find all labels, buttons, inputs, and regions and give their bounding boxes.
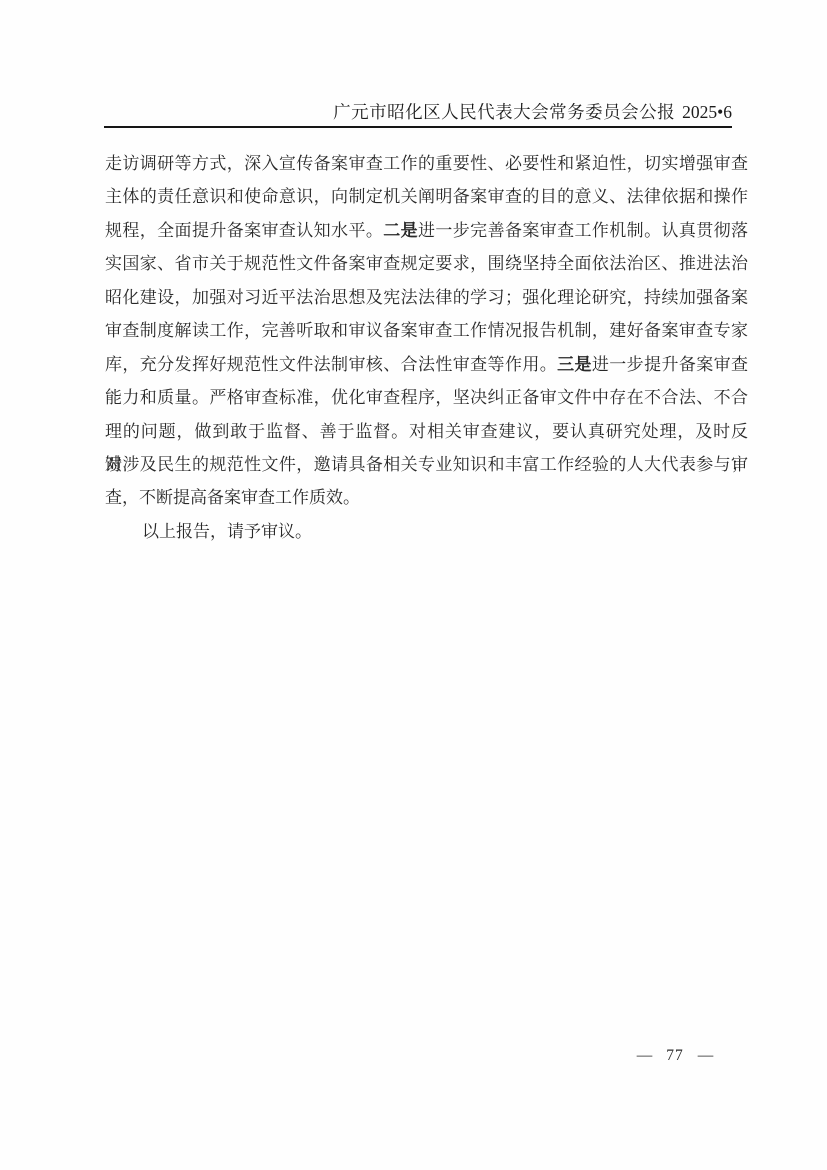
body-text-segment: 库，充分发挥好规范性文件法制审核、合法性审查等作用。 xyxy=(105,355,557,374)
body-text-segment: 能力和质量。严格审查标准，优化审查程序，坚决纠正备审文件中存在不合法、不合 xyxy=(105,388,748,407)
emphasis-text: 二是 xyxy=(383,221,418,240)
body-text-segment: 审查制度解读工作，完善听取和审议备案审查工作情况报告机制，建好备案审查专家 xyxy=(105,321,748,340)
body-text-segment: 昭化建设，加强对习近平法治思想及宪法法律的学习；强化理论研究，持续加强备案 xyxy=(105,288,748,307)
text-line: 规程，全面提升备案审查认知水平。二是进一步完善备案审查工作机制。认真贯彻落 xyxy=(105,214,748,247)
body-text-segment: 进一步提升备案审查 xyxy=(592,355,748,374)
text-line: 查，不断提高备案审查工作质效。 xyxy=(105,481,748,514)
text-line: 主体的责任意识和使命意识，向制定机关阐明备案审查的目的意义、法律依据和操作 xyxy=(105,180,748,213)
header-issue: 2025•6 xyxy=(682,102,732,122)
header-title: 广元市昭化区人民代表大会常务委员会公报 xyxy=(333,102,675,122)
header-rule xyxy=(104,126,732,128)
text-line: 走访调研等方式，深入宣传备案审查工作的重要性、必要性和紧迫性，切实增强审查 xyxy=(105,147,748,180)
folio-dash-right: — xyxy=(698,1047,714,1064)
folio-dash-left: — xyxy=(637,1047,653,1064)
emphasis-text: 三是 xyxy=(557,355,592,374)
page-number: 77 xyxy=(666,1047,684,1064)
body-text-segment: 查，不断提高备案审查工作质效。 xyxy=(105,488,360,507)
body-text-segment: 实国家、省市关于规范性文件备案审查规定要求，围绕坚持全面依法治区、推进法治 xyxy=(105,254,748,273)
page-footer: —77— xyxy=(605,1046,745,1066)
bulletin-page: 广元市昭化区人民代表大会常务委员会公报2025•6 走访调研等方式，深入宣传备案… xyxy=(0,0,827,1170)
text-line: 库，充分发挥好规范性文件法制审核、合法性审查等作用。三是进一步提升备案审查 xyxy=(105,348,748,381)
body-text: 走访调研等方式，深入宣传备案审查工作的重要性、必要性和紧迫性，切实增强审查主体的… xyxy=(105,147,748,548)
body-text-segment: 进一步完善备案审查工作机制。认真贯彻落 xyxy=(418,221,748,240)
body-text-segment: 对涉及民生的规范性文件，邀请具备相关专业知识和丰富工作经验的人大代表参与审 xyxy=(105,455,748,474)
body-text-segment: 主体的责任意识和使命意识，向制定机关阐明备案审查的目的意义、法律依据和操作 xyxy=(105,187,748,206)
text-line: 审查制度解读工作，完善听取和审议备案审查工作情况报告机制，建好备案审查专家 xyxy=(105,314,748,347)
text-line: 以上报告，请予审议。 xyxy=(105,515,748,548)
body-text-segment: 规程，全面提升备案审查认知水平。 xyxy=(105,221,383,240)
text-line: 昭化建设，加强对习近平法治思想及宪法法律的学习；强化理论研究，持续加强备案 xyxy=(105,281,748,314)
text-line: 对涉及民生的规范性文件，邀请具备相关专业知识和丰富工作经验的人大代表参与审 xyxy=(105,448,748,481)
body-text-segment: 以上报告，请予审议。 xyxy=(142,522,312,541)
text-line: 实国家、省市关于规范性文件备案审查规定要求，围绕坚持全面依法治区、推进法治 xyxy=(105,247,748,280)
page-header: 广元市昭化区人民代表大会常务委员会公报2025•6 xyxy=(105,101,732,123)
text-line: 能力和质量。严格审查标准，优化审查程序，坚决纠正备审文件中存在不合法、不合 xyxy=(105,381,748,414)
body-text-segment: 走访调研等方式，深入宣传备案审查工作的重要性、必要性和紧迫性，切实增强审查 xyxy=(105,154,748,173)
text-line: 理的问题，做到敢于监督、善于监督。对相关审查建议，要认真研究处理，及时反馈； xyxy=(105,415,748,448)
